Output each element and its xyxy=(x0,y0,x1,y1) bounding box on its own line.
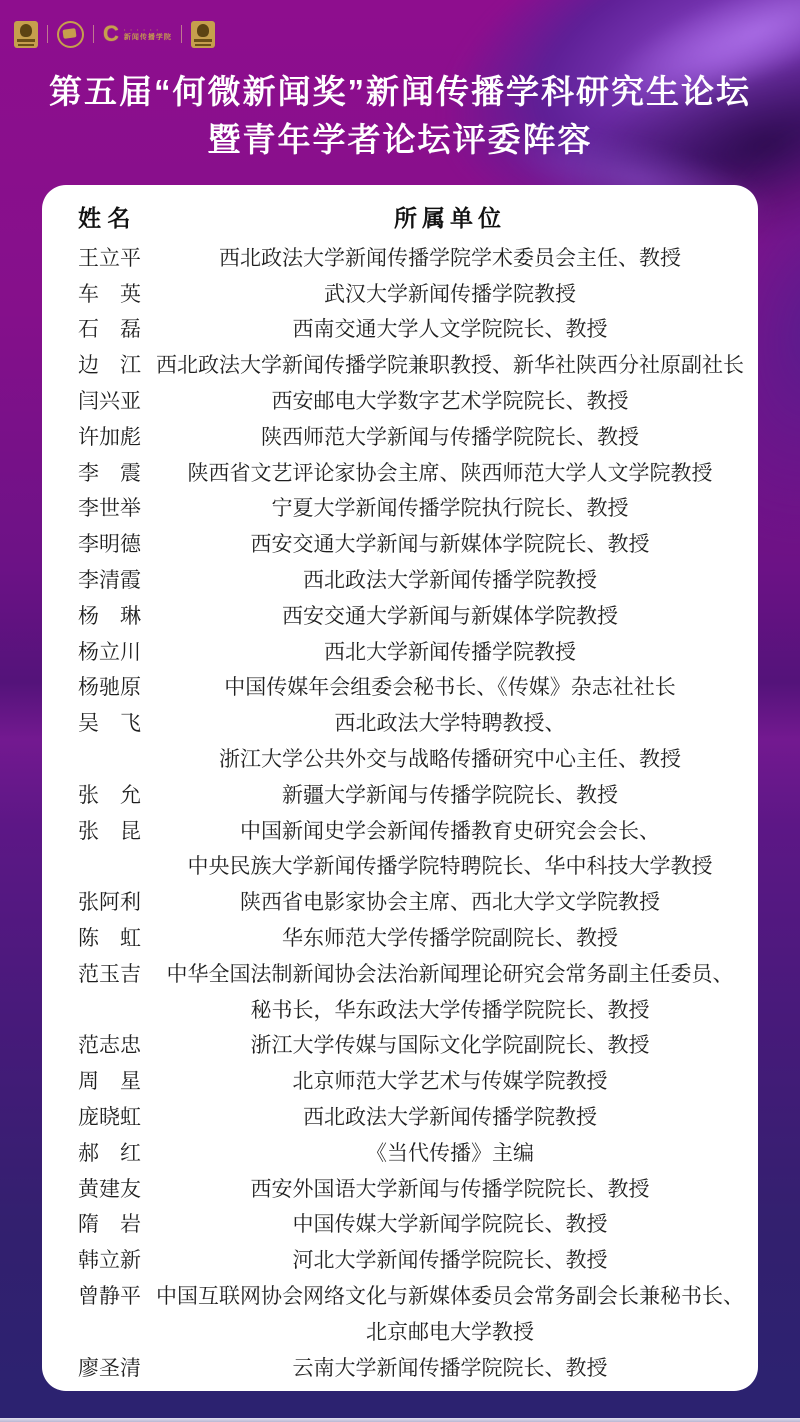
member-affiliation: 西安交通大学新闻与新媒体学院教授 xyxy=(146,597,754,633)
member-affiliation-line: 华东师范大学传播学院副院长、教授 xyxy=(146,919,754,955)
member-name: 范志忠 xyxy=(78,1027,141,1063)
table-row: 李清霞 西北政法大学新闻传播学院教授 xyxy=(42,561,758,597)
member-affiliation-line: 西北政法大学新闻传播学院教授 xyxy=(146,1098,754,1134)
member-affiliation-line: 西北政法大学新闻传播学院兼职教授、新华社陕西分社原副社长 xyxy=(146,346,754,382)
table-row: 王立平 西北政法大学新闻传播学院学术委员会主任、教授 xyxy=(42,239,758,275)
member-name: 李清霞 xyxy=(78,561,141,597)
table-row: 吴 飞 西北政法大学特聘教授、浙江大学公共外交与战略传播研究中心主任、教授 xyxy=(42,704,758,776)
table-row: 范志忠 浙江大学传媒与国际文化学院副院长、教授 xyxy=(42,1027,758,1063)
table-row: 闫兴亚 西安邮电大学数字艺术学院院长、教授 xyxy=(42,382,758,418)
member-affiliation-line: 陕西省文艺评论家协会主席、陕西师范大学人文学院教授 xyxy=(146,454,754,490)
table-row: 李世举 宁夏大学新闻传播学院执行院长、教授 xyxy=(42,490,758,526)
table-row: 张阿利 陕西省电影家协会主席、西北大学文学院教授 xyxy=(42,883,758,919)
school-logo-text: 新闻传播学院 xyxy=(124,34,172,41)
member-affiliation: 西安交通大学新闻与新媒体学院院长、教授 xyxy=(146,525,754,561)
member-name: 李明德 xyxy=(78,525,141,561)
member-name: 石 磊 xyxy=(78,311,141,347)
member-affiliation: 中华全国法制新闻协会法治新闻理论研究会常务副主任委员、秘书长，华东政法大学传播学… xyxy=(146,955,754,1027)
poster-background: C • • • • • • 新闻传播学院 第五届“何微新闻奖”新闻传播学科研究生… xyxy=(0,0,800,1422)
page-title-line1: 第五届“何微新闻奖”新闻传播学科研究生论坛 xyxy=(0,68,800,116)
member-affiliation-line: 西安交通大学新闻与新媒体学院院长、教授 xyxy=(146,525,754,561)
table-row: 许加彪 陕西师范大学新闻与传播学院院长、教授 xyxy=(42,418,758,454)
name-column-header: 姓 名 xyxy=(78,193,130,239)
table-row: 车 英 武汉大学新闻传播学院教授 xyxy=(42,275,758,311)
table-row: 张 昆 中国新闻史学会新闻传播教育史研究会会长、中央民族大学新闻传播学院特聘院长… xyxy=(42,812,758,884)
member-name: 闫兴亚 xyxy=(78,382,141,418)
member-name: 杨 琳 xyxy=(78,597,141,633)
judges-table-card: 姓 名 所属单位 王立平 西北政法大学新闻传播学院学术委员会主任、教授 车 英 … xyxy=(42,185,758,1391)
table-row: 黄建友 西安外国语大学新闻与传播学院院长、教授 xyxy=(42,1170,758,1206)
member-affiliation: 西北政法大学新闻传播学院教授 xyxy=(146,561,754,597)
member-affiliation-line: 武汉大学新闻传播学院教授 xyxy=(146,275,754,311)
member-name: 曾静平 xyxy=(78,1277,141,1313)
member-name: 李世举 xyxy=(78,490,141,526)
member-affiliation-line: 浙江大学公共外交与战略传播研究中心主任、教授 xyxy=(146,740,754,776)
member-affiliation-line: 浙江大学传媒与国际文化学院副院长、教授 xyxy=(146,1027,754,1063)
member-affiliation-line: 北京师范大学艺术与传媒学院教授 xyxy=(146,1062,754,1098)
member-affiliation-line: 宁夏大学新闻传播学院执行院长、教授 xyxy=(146,490,754,526)
member-affiliation: 陕西省电影家协会主席、西北大学文学院教授 xyxy=(146,883,754,919)
member-affiliation-line: 西安交通大学新闻与新媒体学院教授 xyxy=(146,597,754,633)
member-affiliation-line: 新疆大学新闻与传播学院院长、教授 xyxy=(146,776,754,812)
member-affiliation-line: 西北大学新闻传播学院教授 xyxy=(146,633,754,669)
page-title-line2: 暨青年学者论坛评委阵容 xyxy=(0,116,800,164)
member-affiliation-line: 中国传媒大学新闻学院院长、教授 xyxy=(146,1206,754,1242)
member-affiliation-line: 陕西省电影家协会主席、西北大学文学院教授 xyxy=(146,883,754,919)
member-affiliation: 云南大学新闻传播学院院长、教授 xyxy=(146,1349,754,1385)
portrait-badge-logo-2 xyxy=(191,21,215,48)
portrait-silhouette-icon xyxy=(20,24,32,37)
member-affiliation-line: 陕西师范大学新闻与传播学院院长、教授 xyxy=(146,418,754,454)
member-name: 张阿利 xyxy=(78,883,141,919)
member-affiliation-line: 《当代传播》主编 xyxy=(146,1134,754,1170)
member-affiliation: 宁夏大学新闻传播学院执行院长、教授 xyxy=(146,490,754,526)
member-name: 车 英 xyxy=(78,275,141,311)
logo-bar: C • • • • • • 新闻传播学院 xyxy=(14,19,215,49)
bottom-edge-strip xyxy=(0,1418,800,1422)
member-affiliation-line: 西北政法大学新闻传播学院学术委员会主任、教授 xyxy=(146,239,754,275)
member-name: 韩立新 xyxy=(78,1241,141,1277)
table-row: 廖圣清 云南大学新闻传播学院院长、教授 xyxy=(42,1349,758,1385)
page-title: 第五届“何微新闻奖”新闻传播学科研究生论坛 暨青年学者论坛评委阵容 xyxy=(0,68,800,164)
member-affiliation: 北京师范大学艺术与传媒学院教授 xyxy=(146,1062,754,1098)
member-name: 廖圣清 xyxy=(78,1349,141,1385)
member-affiliation: 西南交通大学人文学院院长、教授 xyxy=(146,311,754,347)
table-row: 边 江 西北政法大学新闻传播学院兼职教授、新华社陕西分社原副社长 xyxy=(42,346,758,382)
logo-separator xyxy=(47,25,48,43)
member-name: 许加彪 xyxy=(78,418,141,454)
table-row: 韩立新 河北大学新闻传播学院院长、教授 xyxy=(42,1241,758,1277)
member-affiliation-line: 秘书长，华东政法大学传播学院院长、教授 xyxy=(146,991,754,1027)
member-affiliation-line: 中华全国法制新闻协会法治新闻理论研究会常务副主任委员、 xyxy=(146,955,754,991)
member-affiliation: 西北政法大学新闻传播学院教授 xyxy=(146,1098,754,1134)
member-affiliation-line: 北京邮电大学教授 xyxy=(146,1313,754,1349)
member-affiliation: 西北政法大学特聘教授、浙江大学公共外交与战略传播研究中心主任、教授 xyxy=(146,704,754,776)
member-affiliation-line: 西安邮电大学数字艺术学院院长、教授 xyxy=(146,382,754,418)
member-name: 吴 飞 xyxy=(78,704,141,740)
member-affiliation: 陕西省文艺评论家协会主席、陕西师范大学人文学院教授 xyxy=(146,454,754,490)
member-name: 隋 岩 xyxy=(78,1206,141,1242)
table-row: 陈 虹 华东师范大学传播学院副院长、教授 xyxy=(42,919,758,955)
member-name: 杨立川 xyxy=(78,633,141,669)
member-name: 陈 虹 xyxy=(78,919,141,955)
table-row: 杨驰原 中国传媒年会组委会秘书长、《传媒》杂志社社长 xyxy=(42,669,758,705)
member-affiliation: 新疆大学新闻与传播学院院长、教授 xyxy=(146,776,754,812)
university-seal-logo xyxy=(57,21,84,48)
member-affiliation: 中国传媒大学新闻学院院长、教授 xyxy=(146,1206,754,1242)
member-name: 张 昆 xyxy=(78,812,141,848)
member-affiliation-line: 河北大学新闻传播学院院长、教授 xyxy=(146,1241,754,1277)
members-list: 王立平 西北政法大学新闻传播学院学术委员会主任、教授 车 英 武汉大学新闻传播学… xyxy=(42,239,758,1385)
member-affiliation: 《当代传播》主编 xyxy=(146,1134,754,1170)
journalism-school-logo: C • • • • • • 新闻传播学院 xyxy=(103,23,172,45)
member-affiliation-line: 西北政法大学特聘教授、 xyxy=(146,704,754,740)
member-affiliation: 中国互联网协会网络文化与新媒体委员会常务副会长兼秘书长、北京邮电大学教授 xyxy=(146,1277,754,1349)
table-row: 隋 岩 中国传媒大学新闻学院院长、教授 xyxy=(42,1206,758,1242)
member-affiliation: 武汉大学新闻传播学院教授 xyxy=(146,275,754,311)
table-row: 范玉吉 中华全国法制新闻协会法治新闻理论研究会常务副主任委员、秘书长，华东政法大… xyxy=(42,955,758,1027)
member-affiliation-line: 西南交通大学人文学院院长、教授 xyxy=(146,311,754,347)
member-affiliation-line: 西安外国语大学新闻与传播学院院长、教授 xyxy=(146,1170,754,1206)
member-name: 王立平 xyxy=(78,239,141,275)
table-header: 姓 名 所属单位 xyxy=(42,193,758,239)
portrait-silhouette-icon xyxy=(197,24,209,37)
table-row: 张 允 新疆大学新闻与传播学院院长、教授 xyxy=(42,776,758,812)
member-affiliation: 西安外国语大学新闻与传播学院院长、教授 xyxy=(146,1170,754,1206)
table-row: 石 磊 西南交通大学人文学院院长、教授 xyxy=(42,311,758,347)
member-affiliation-line: 中国传媒年会组委会秘书长、《传媒》杂志社社长 xyxy=(146,669,754,705)
member-name: 范玉吉 xyxy=(78,955,141,991)
table-row: 周 星 北京师范大学艺术与传媒学院教授 xyxy=(42,1062,758,1098)
table-row: 庞晓虹 西北政法大学新闻传播学院教授 xyxy=(42,1098,758,1134)
member-name: 郝 红 xyxy=(78,1134,141,1170)
member-affiliation: 西北大学新闻传播学院教授 xyxy=(146,633,754,669)
logo-separator xyxy=(181,25,182,43)
member-name: 黄建友 xyxy=(78,1170,141,1206)
member-affiliation: 中国传媒年会组委会秘书长、《传媒》杂志社社长 xyxy=(146,669,754,705)
member-affiliation: 华东师范大学传播学院副院长、教授 xyxy=(146,919,754,955)
member-affiliation: 浙江大学传媒与国际文化学院副院长、教授 xyxy=(146,1027,754,1063)
member-name: 李 震 xyxy=(78,454,141,490)
portrait-badge-logo-1 xyxy=(14,21,38,48)
table-row: 杨立川 西北大学新闻传播学院教授 xyxy=(42,633,758,669)
member-affiliation: 西北政法大学新闻传播学院兼职教授、新华社陕西分社原副社长 xyxy=(146,346,754,382)
member-affiliation-line: 中国互联网协会网络文化与新媒体委员会常务副会长兼秘书长、 xyxy=(146,1277,754,1313)
member-name: 杨驰原 xyxy=(78,669,141,705)
logo-separator xyxy=(93,25,94,43)
table-row: 李 震 陕西省文艺评论家协会主席、陕西师范大学人文学院教授 xyxy=(42,454,758,490)
member-affiliation: 西北政法大学新闻传播学院学术委员会主任、教授 xyxy=(146,239,754,275)
table-row: 曾静平 中国互联网协会网络文化与新媒体委员会常务副会长兼秘书长、北京邮电大学教授 xyxy=(42,1277,758,1349)
member-name: 庞晓虹 xyxy=(78,1098,141,1134)
member-affiliation-line: 西北政法大学新闻传播学院教授 xyxy=(146,561,754,597)
member-affiliation-line: 云南大学新闻传播学院院长、教授 xyxy=(146,1349,754,1385)
member-name: 边 江 xyxy=(78,346,141,382)
table-row: 李明德 西安交通大学新闻与新媒体学院院长、教授 xyxy=(42,525,758,561)
member-name: 周 星 xyxy=(78,1062,141,1098)
member-name: 张 允 xyxy=(78,776,141,812)
table-row: 郝 红 《当代传播》主编 xyxy=(42,1134,758,1170)
member-affiliation: 中国新闻史学会新闻传播教育史研究会会长、中央民族大学新闻传播学院特聘院长、华中科… xyxy=(146,812,754,884)
affiliation-column-header: 所属单位 xyxy=(146,193,754,239)
member-affiliation-line: 中国新闻史学会新闻传播教育史研究会会长、 xyxy=(146,812,754,848)
member-affiliation: 西安邮电大学数字艺术学院院长、教授 xyxy=(146,382,754,418)
member-affiliation: 陕西师范大学新闻与传播学院院长、教授 xyxy=(146,418,754,454)
c-emblem-icon: C xyxy=(103,23,119,45)
table-row: 杨 琳 西安交通大学新闻与新媒体学院教授 xyxy=(42,597,758,633)
member-affiliation: 河北大学新闻传播学院院长、教授 xyxy=(146,1241,754,1277)
member-affiliation-line: 中央民族大学新闻传播学院特聘院长、华中科技大学教授 xyxy=(146,848,754,884)
